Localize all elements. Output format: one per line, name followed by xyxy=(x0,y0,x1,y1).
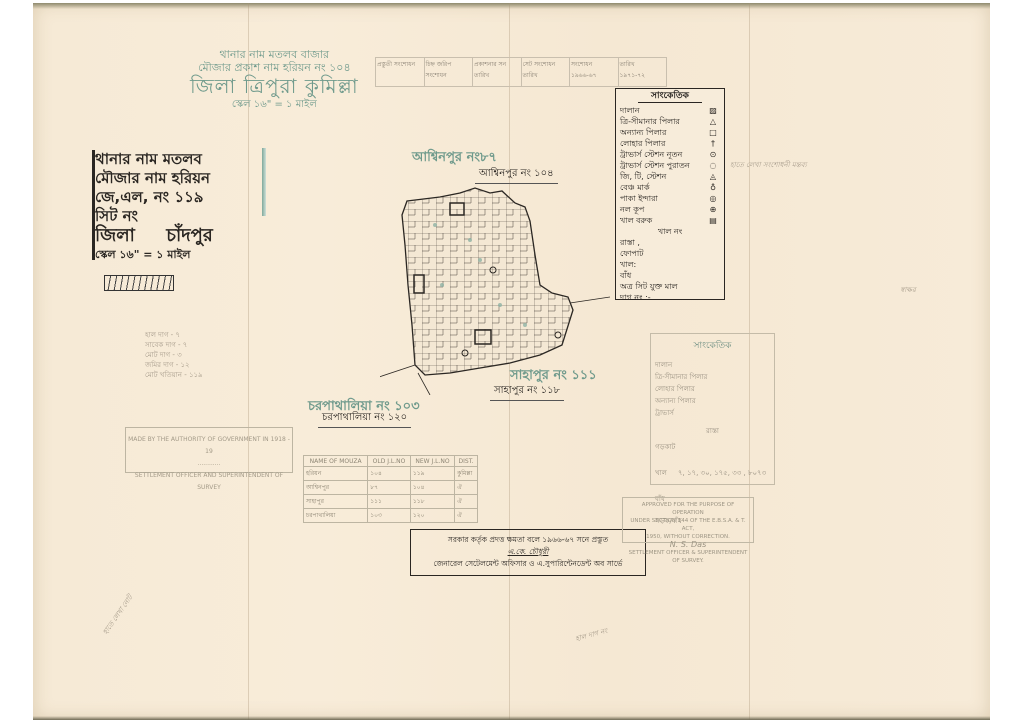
header-district: জিলা ত্রিপুরা কুমিল্লা xyxy=(190,74,359,98)
well-icon: ◎ xyxy=(706,193,720,204)
legend-plot-no: দাগ নং :- xyxy=(620,292,720,303)
bench-mark-icon: ♁ xyxy=(706,182,720,193)
table-row: আশ্বিনপুর৮৭১০৪ঐ xyxy=(304,481,478,495)
legend-item: ট্রাভার্স স্টেশন নূতন⊙ xyxy=(620,149,720,160)
table-row: চরপাথালিয়া১০৩১২০ঐ xyxy=(304,509,478,523)
iron-pillar-icon: † xyxy=(706,138,720,149)
legend-boundary: খাল: xyxy=(620,259,720,270)
adjacent-mouza-table: NAME OF MOUZAOLD J.L.NO NEW J.L.NODIST. … xyxy=(303,455,478,523)
header-thana: থানার নাম মতলব বাজার xyxy=(190,48,359,61)
traverse-new-icon: ⊙ xyxy=(706,149,720,160)
strip-cell: তারিখ১৯৭১-৭২ xyxy=(619,58,667,86)
legend-item: পাকা ইন্দারা◎ xyxy=(620,193,720,204)
triangle-pillar-icon: △ xyxy=(706,116,720,127)
handwritten-note-right: হাতে লেখা সংশোধনী মন্তব্য xyxy=(730,160,930,170)
legend-item: লোহার পিলার† xyxy=(620,138,720,149)
left-notes: হাল দাগ - ৭ সাবেক দাগ - ৭ মোট দাগ - ৩ জম… xyxy=(145,330,203,380)
legend-title: সাংকেতিক xyxy=(638,91,702,103)
scale-text: স্কেল ১৬" = ১ মাইল xyxy=(95,245,265,264)
legend-footpath: ফোপাট xyxy=(620,248,720,259)
header-stamp: থানার নাম মতলব বাজার মৌজার প্রকাশ নাম হর… xyxy=(190,48,359,111)
strip-cell: প্রকাশনার সন তারিখ xyxy=(473,58,522,86)
square-pillar-icon: □ xyxy=(706,127,720,138)
canal-icon: ▤ xyxy=(706,215,720,226)
district-row: জিলা চাঁদপুর xyxy=(95,226,265,245)
legend-box-faint: সাংকেতিক দালান ত্রি-সীমানার পিলার লোহার … xyxy=(650,333,775,485)
label-north-new: আশ্বিনপুর নং ১০৪ xyxy=(475,166,558,184)
header-mouza: মৌজার প্রকাশ নাম হরিয়ন নং ১০৪ xyxy=(190,61,359,74)
legend-item: খাল বরুক▤ xyxy=(620,215,720,226)
strip-cell: প্রস্তুতী সংশোধন xyxy=(376,58,425,86)
legend-item: দালান▨ xyxy=(620,105,720,116)
info-bar xyxy=(92,150,95,260)
legend-adjacent: অত্র সিট যুক্ত মাল xyxy=(620,281,720,292)
preparation-certificate: সরকার কর্তৃক প্রদত্ত ক্ষমতা বলে ১৯৬৬-৬৭ … xyxy=(410,529,646,576)
green-rule xyxy=(262,148,266,216)
legend-item: ত্রি-সীমানার পিলার△ xyxy=(620,116,720,127)
mouza-info-block: থানার নাম মতলব মৌজার নাম হরিয়ন জে,এল, ন… xyxy=(95,150,265,264)
revision-strip: প্রস্তুতী সংশোধন চিহ্ন জরিপ সংশোধন প্রকা… xyxy=(375,57,667,87)
mouza-plot-map xyxy=(380,185,610,395)
strip-cell: সেট সংশোধন তারিখ xyxy=(522,58,571,86)
traverse-old-icon: ◌ xyxy=(706,160,720,171)
gt-station-icon: ◬ xyxy=(706,171,720,182)
strip-cell: সংশোধন১৯৬৬-৬৭ xyxy=(570,58,619,86)
scale-bar xyxy=(104,275,174,291)
thana-name: থানার নাম মতলব xyxy=(95,150,265,169)
table-row: হরিয়ন১০৪১১৯কুমিল্লা xyxy=(304,467,478,481)
legend-item: ট্রাভার্স স্টেশন পুরাতন◌ xyxy=(620,160,720,171)
legend-bank: বাঁধ xyxy=(620,270,720,281)
strip-cell: চিহ্ন জরিপ সংশোধন xyxy=(425,58,474,86)
legend-box: সাংকেতিক দালান▨ ত্রি-সীমানার পিলার△ অন্য… xyxy=(615,88,725,300)
legend-item: অন্যান্য পিলার□ xyxy=(620,127,720,138)
authority-box: MADE BY THE AUTHORITY OF GOVERNMENT IN 1… xyxy=(125,427,293,473)
label-south-new: চরপাথালিয়া নং ১২০ xyxy=(318,410,411,428)
approval-stamp: APPROVED FOR THE PURPOSE OF OPERATION UN… xyxy=(622,497,754,543)
legend-khal: খাল নং xyxy=(620,226,720,237)
legend-item: নল কূপ⊕ xyxy=(620,204,720,215)
legend-item: জি, টি, স্টেশন◬ xyxy=(620,171,720,182)
mouza-name: মৌজার নাম হরিয়ন xyxy=(95,169,265,188)
legend-item: বেঞ্চ মার্ক♁ xyxy=(620,182,720,193)
jl-number: জে,এল, নং ১১৯ xyxy=(95,188,265,207)
handwritten-signature: স্বাক্ষর xyxy=(900,285,916,295)
tubewell-icon: ⊕ xyxy=(706,204,720,215)
legend-road: রাস্তা , xyxy=(620,237,720,248)
officer-signature: এ.কে. চৌধুরী xyxy=(415,546,641,558)
sheet-number: সিট নং xyxy=(95,207,265,226)
table-row: সাহাপুর১১১১১৮ঐ xyxy=(304,495,478,509)
building-icon: ▨ xyxy=(706,105,720,116)
header-scale: স্কেল ১৬" = ১ মাইল xyxy=(190,98,359,111)
